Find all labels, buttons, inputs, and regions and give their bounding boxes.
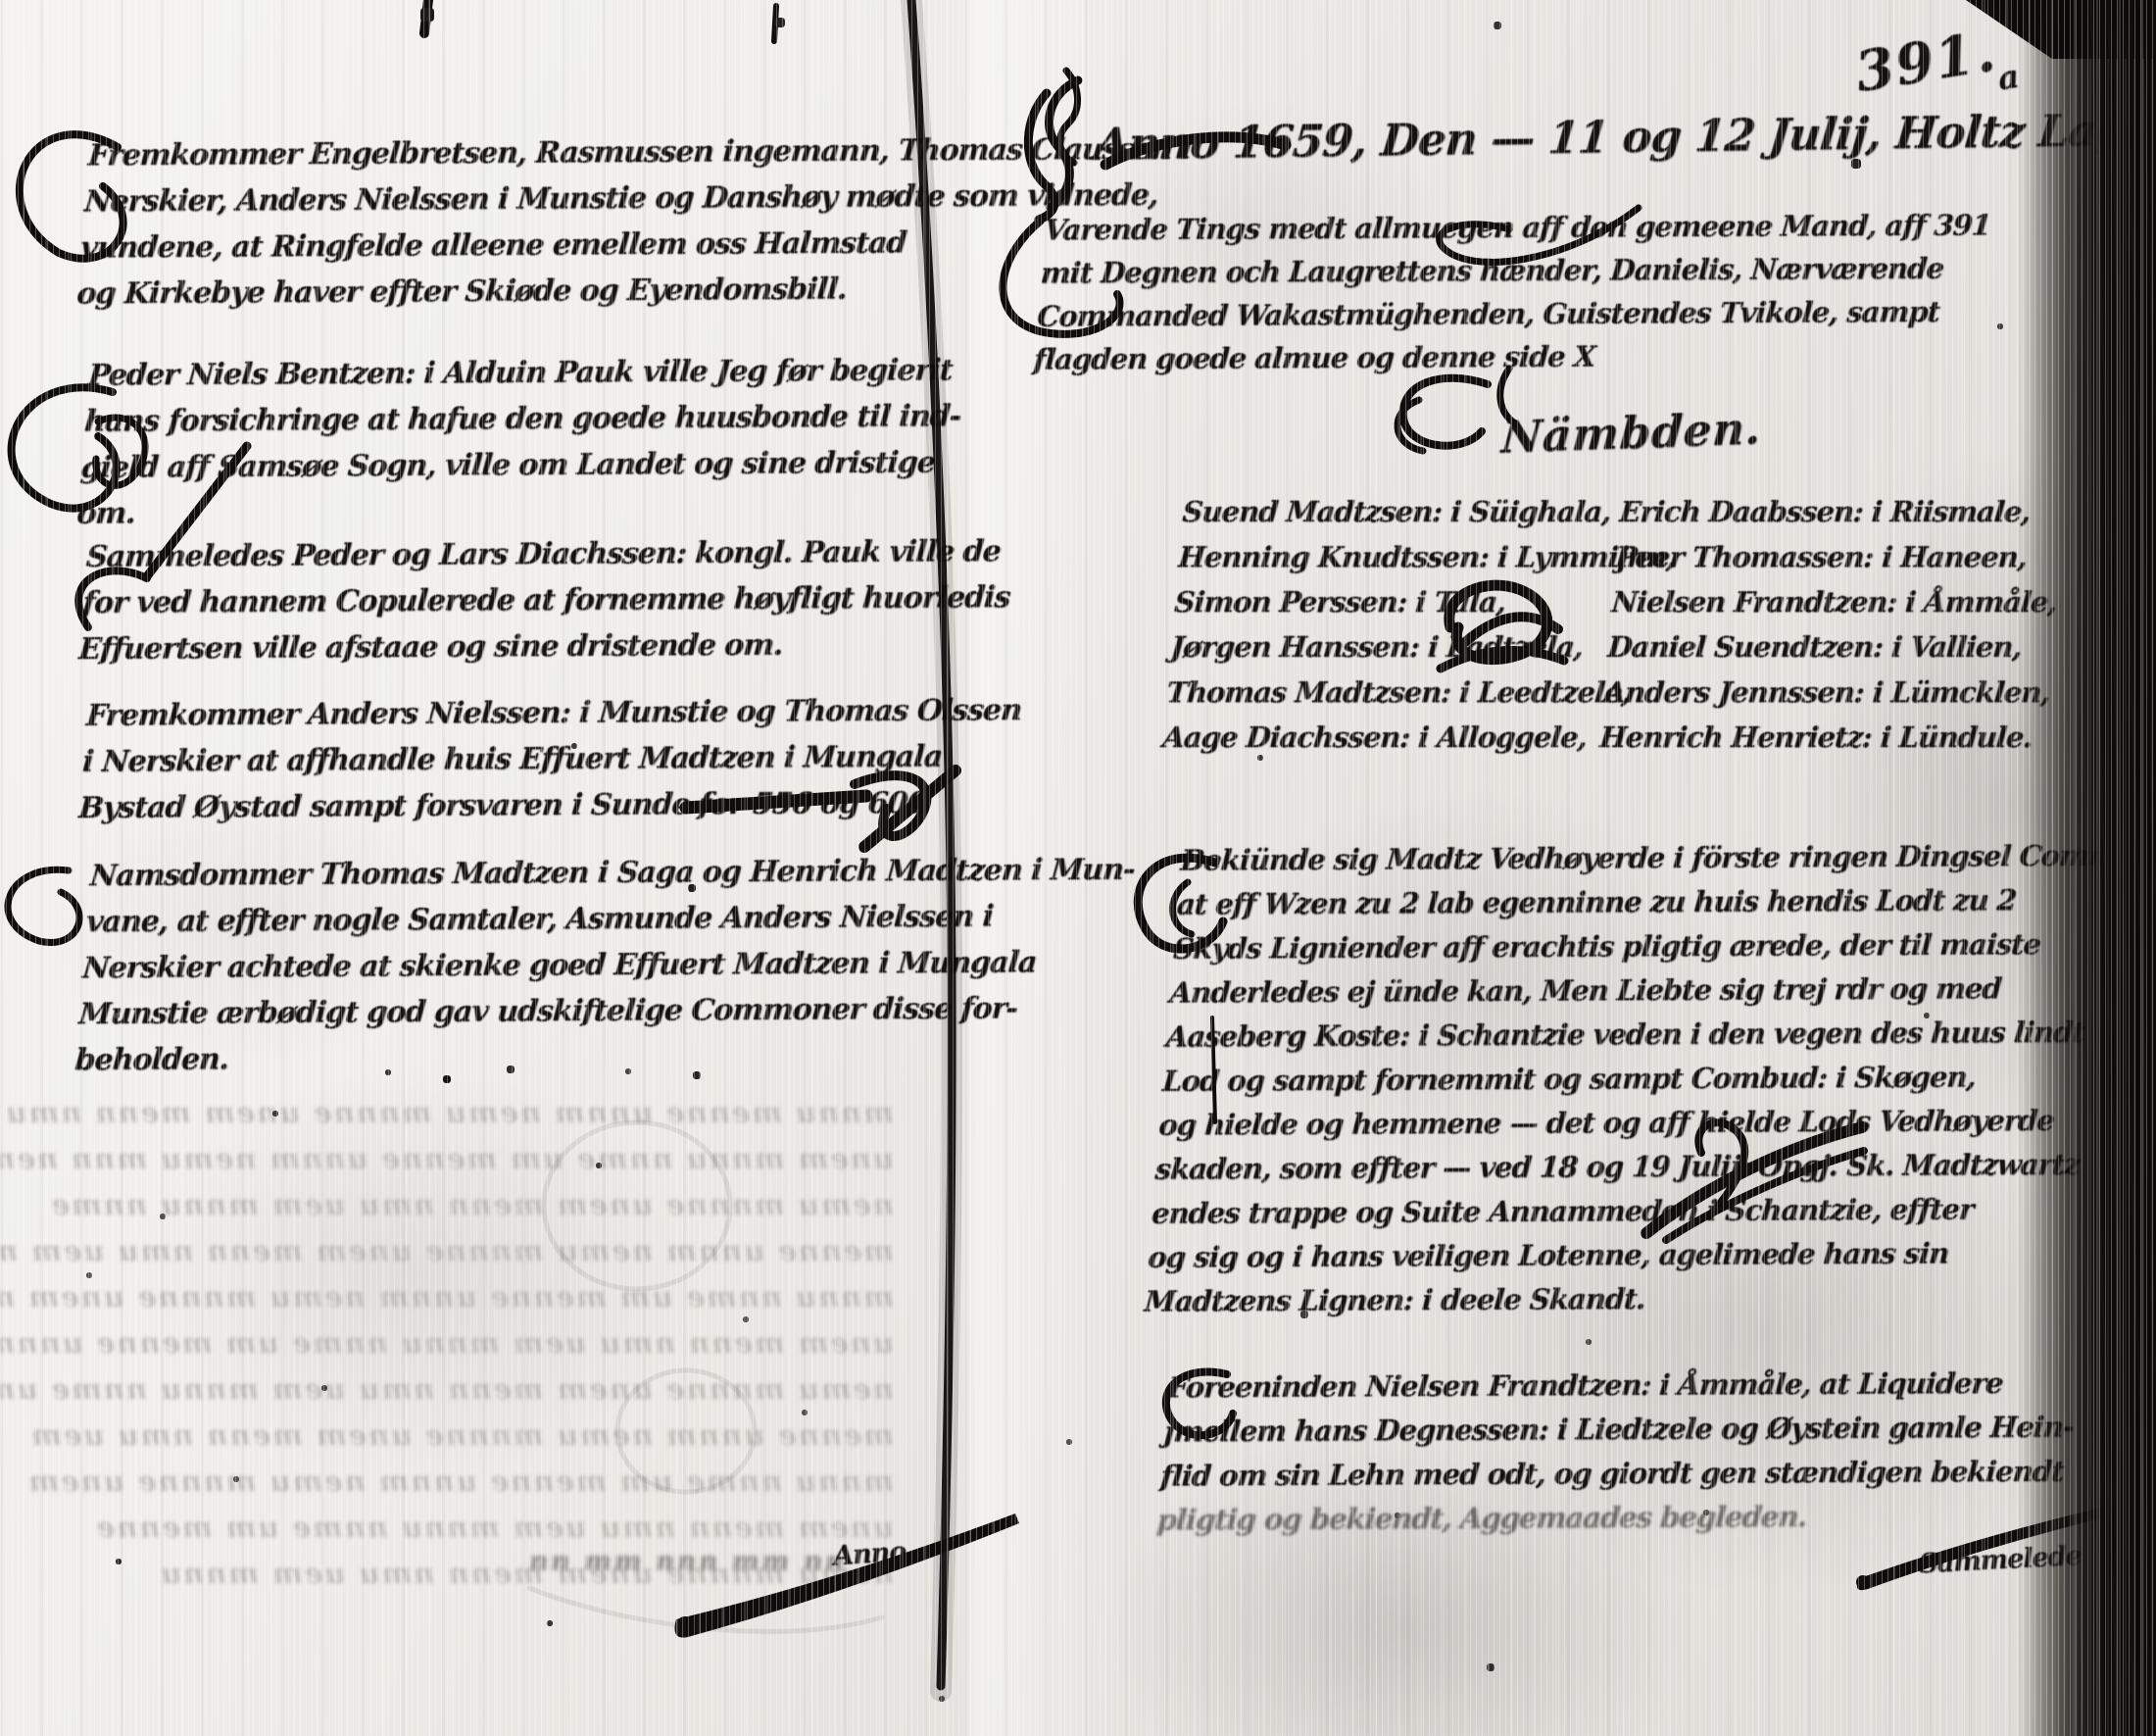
paper-striations-dark: [0, 0, 2156, 1736]
manuscript-scan: mnnu menne unnm nemu mnnne unem menn nmu…: [0, 0, 2156, 1736]
